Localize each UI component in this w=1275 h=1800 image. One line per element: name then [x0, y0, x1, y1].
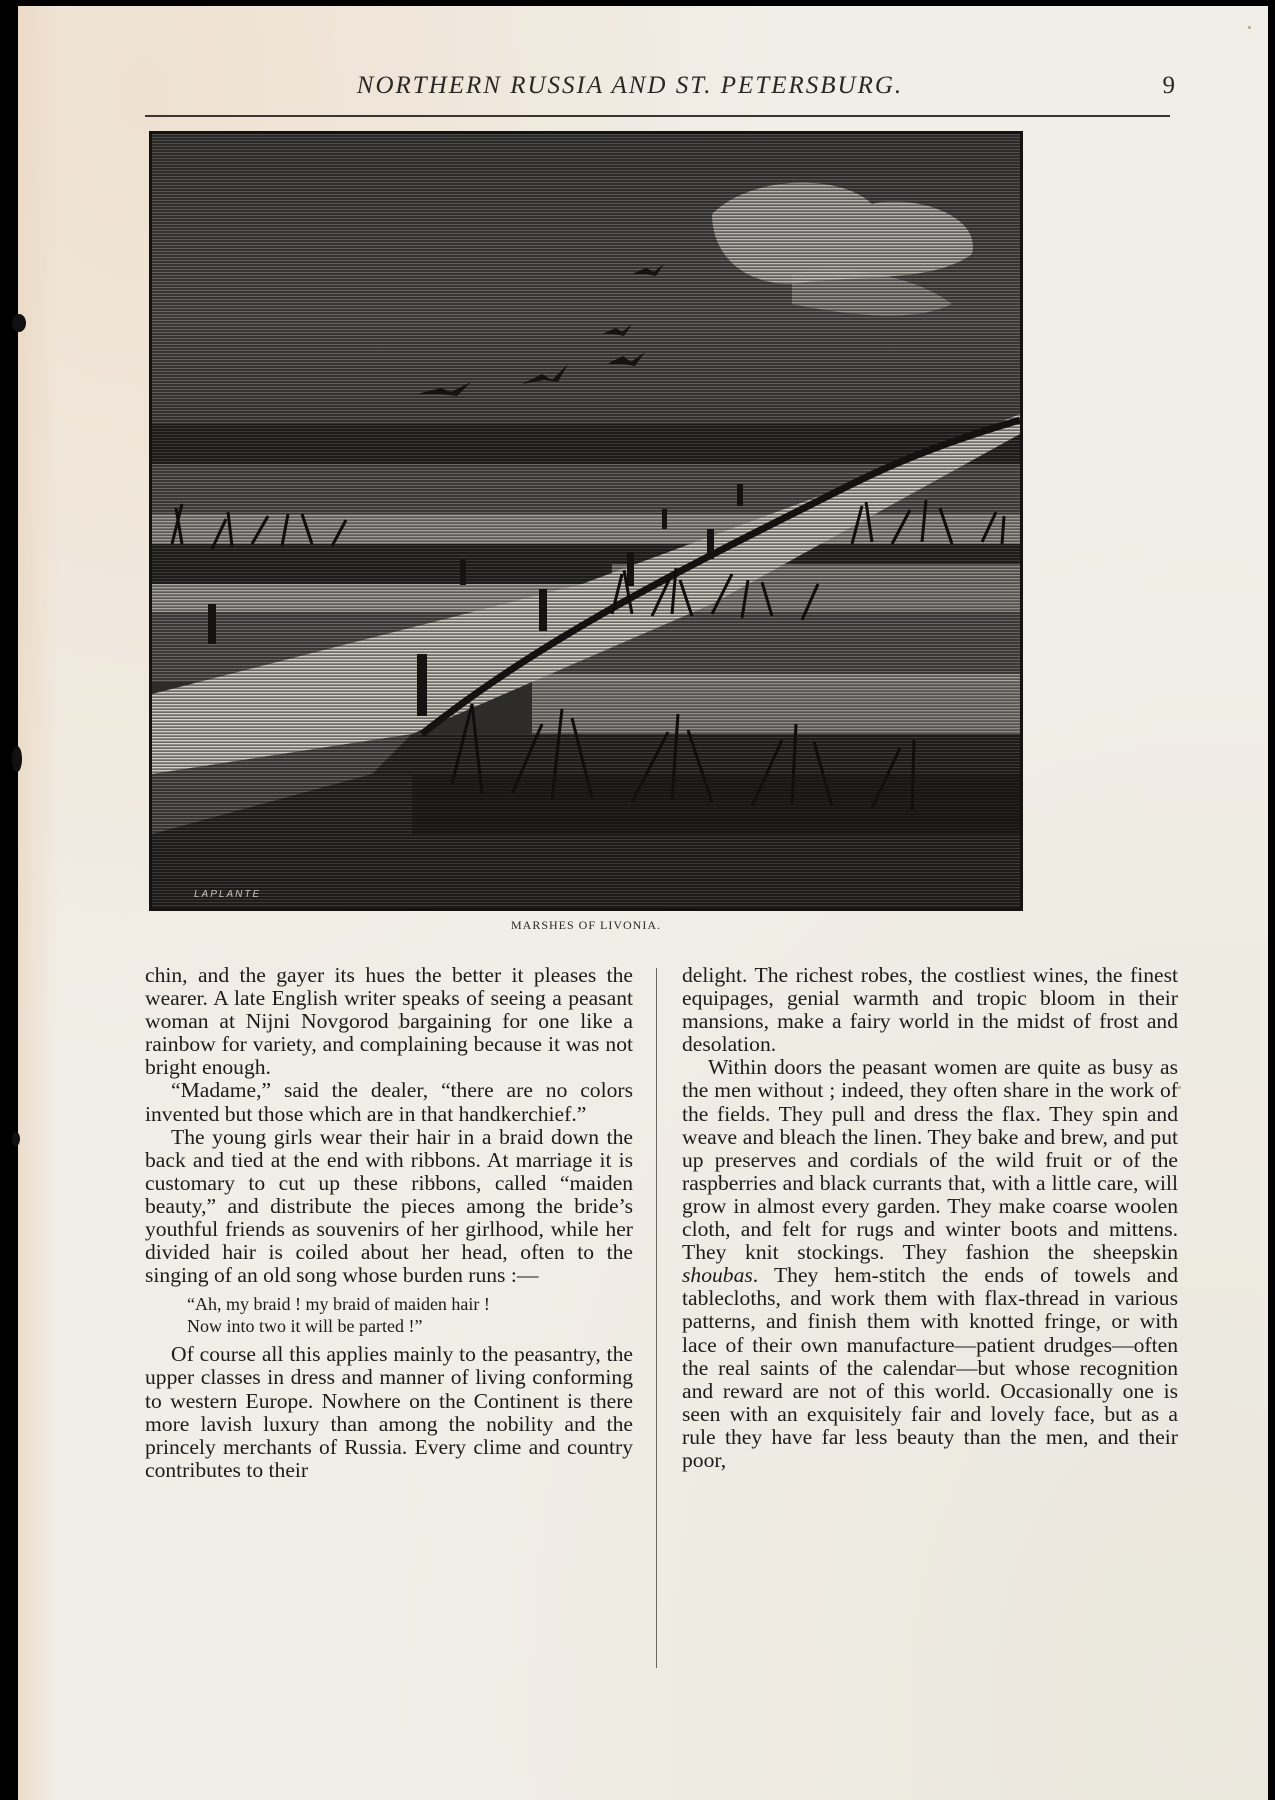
left-text-column: chin, and the gayer its hues the better …	[145, 964, 633, 1482]
paper-speck	[1178, 1086, 1181, 1089]
verse-quotation: “Ah, my braid ! my braid of maiden hair …	[187, 1293, 633, 1337]
column-divider	[656, 968, 657, 1668]
right-text-column: delight. The richest robes, the costlies…	[682, 964, 1178, 1472]
book-page: NORTHERN RUSSIA AND ST. PETERSBURG. 9	[18, 6, 1268, 1800]
paragraph: Of course all this applies mainly to the…	[145, 1343, 633, 1482]
paragraph: “Madame,” said the dealer, “there are no…	[145, 1079, 633, 1125]
paper-speck	[430, 1178, 433, 1181]
paper-speck	[863, 1274, 866, 1277]
paragraph-text: Within doors the peasant women are quite…	[682, 1055, 1178, 1264]
paragraph-text: . They hem-stitch the ends of towels and…	[682, 1263, 1178, 1472]
paragraph: Within doors the peasant women are quite…	[682, 1056, 1178, 1472]
engraver-signature: LAPLANTE	[194, 889, 261, 900]
paper-speck	[398, 1026, 401, 1029]
marsh-engraving: LAPLANTE	[149, 131, 1023, 911]
page-tear-mark	[12, 1132, 20, 1146]
page-number: 9	[1163, 72, 1176, 100]
italic-term: shoubas	[682, 1263, 753, 1287]
paragraph: chin, and the gayer its hues the better …	[145, 964, 633, 1079]
paragraph: delight. The richest robes, the costlies…	[682, 964, 1178, 1056]
page-tear-mark	[12, 746, 22, 772]
paragraph: The young girls wear their hair in a bra…	[145, 1126, 633, 1288]
running-head: NORTHERN RUSSIA AND ST. PETERSBURG. 9	[145, 72, 1175, 108]
running-title: NORTHERN RUSSIA AND ST. PETERSBURG.	[145, 72, 1115, 100]
header-rule	[145, 115, 1170, 117]
verse-line: Now into two it will be parted !”	[187, 1315, 633, 1337]
page-tear-mark	[12, 314, 26, 332]
verse-line: “Ah, my braid ! my braid of maiden hair …	[187, 1293, 633, 1315]
paper-speck	[1248, 26, 1251, 29]
figure-caption: MARSHES OF LIVONIA.	[149, 918, 1023, 933]
